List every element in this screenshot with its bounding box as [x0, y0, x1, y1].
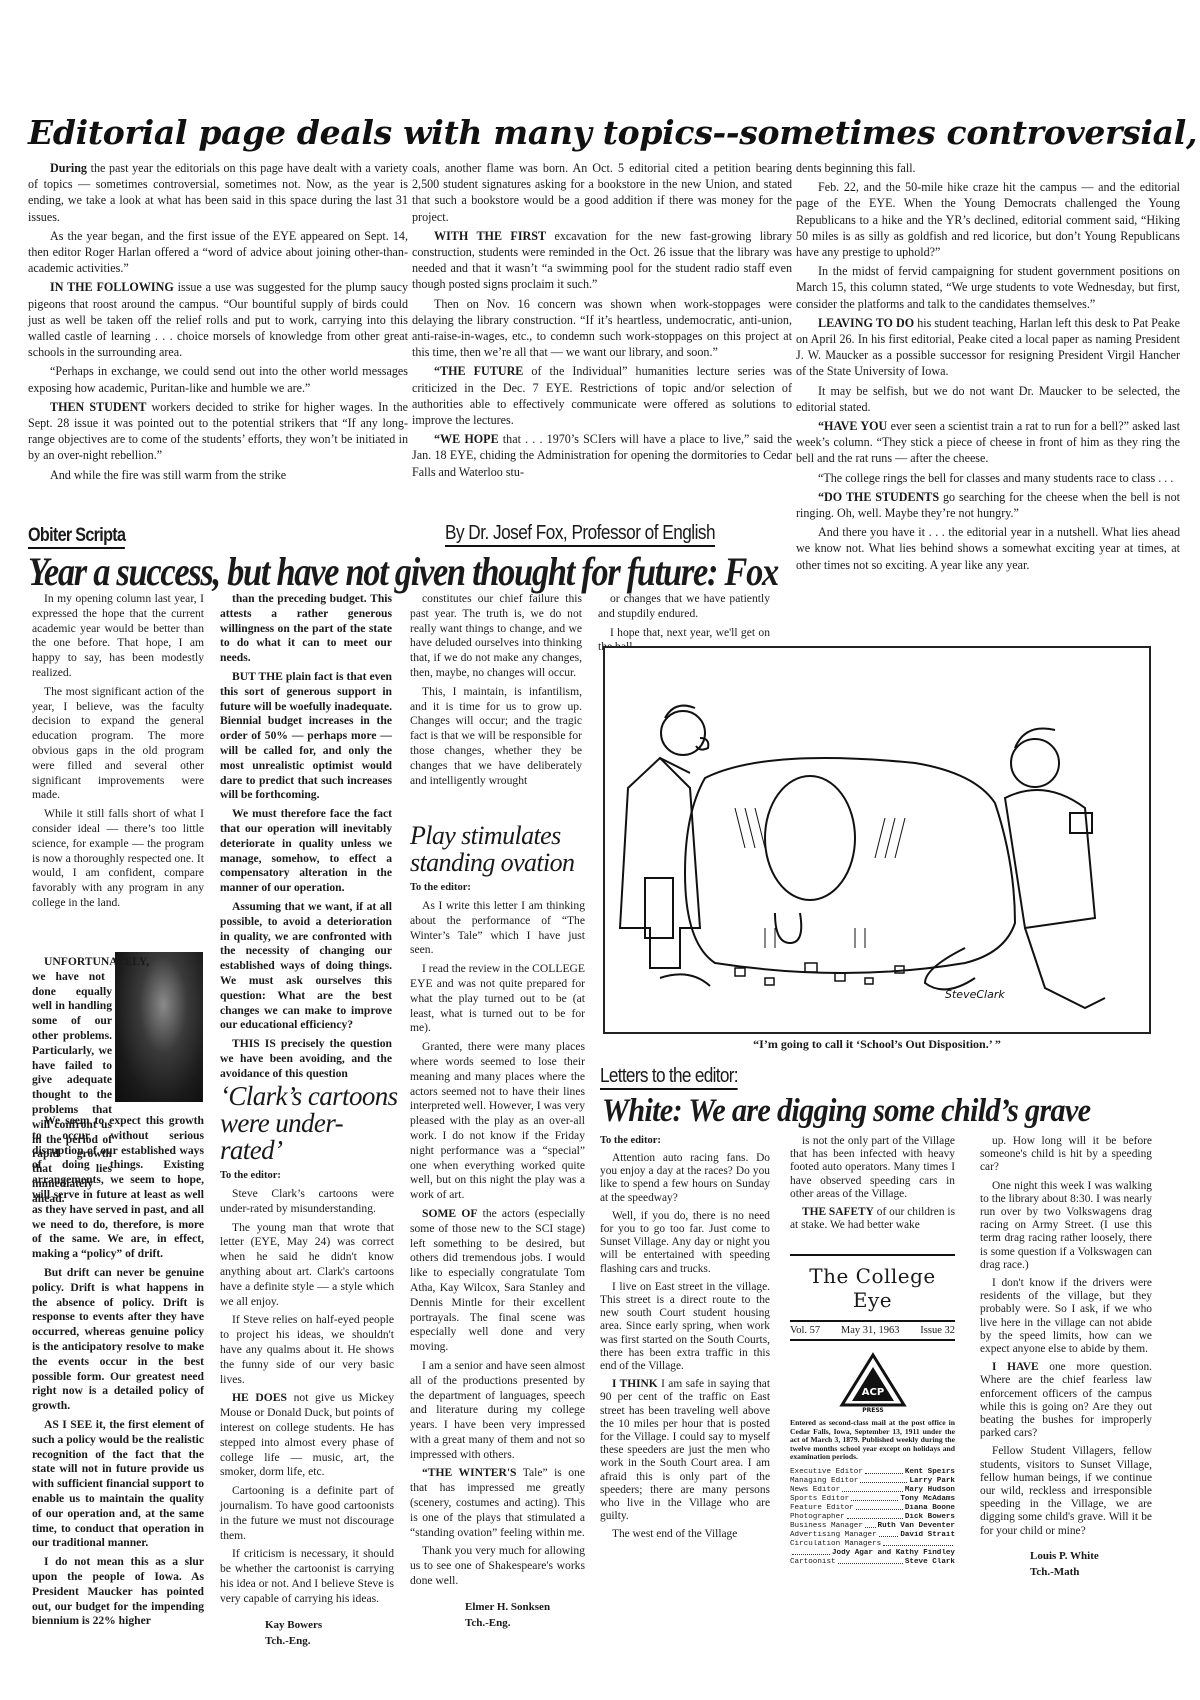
- paragraph: “DO THE STUDENTS go searching for the ch…: [796, 489, 1180, 521]
- leader-dots: [792, 1549, 830, 1555]
- fox-column-2: than the preceding budget. This attests …: [220, 592, 392, 1082]
- paragraph-lead: THEN STUDENT: [50, 400, 146, 414]
- salutation: To the editor:: [410, 882, 595, 893]
- paragraph: This, I maintain, is infantilism, and it…: [410, 685, 582, 789]
- clark-letter: ‘Clark’s cartoons were under-rated’ To t…: [220, 1083, 400, 1649]
- clark-letter-headline: ‘Clark’s cartoons were under-rated’: [220, 1083, 400, 1164]
- staff-row: Advertising ManagerDavid Strait: [790, 1531, 955, 1540]
- paragraph-text: Assuming that we want, if at all possibl…: [220, 900, 392, 1031]
- paragraph-lead: “WE HOPE: [434, 432, 499, 446]
- fox-article-headline: Year a success, but have not given thoug…: [28, 548, 778, 595]
- cartoon-caption: “I’m going to call it ‘School’s Out Disp…: [603, 1037, 1151, 1052]
- leader-dots: [883, 1540, 953, 1546]
- paragraph: LEAVING TO DO his student teaching, Harl…: [796, 315, 1180, 380]
- paragraph: “The college rings the bell for classes …: [796, 470, 1180, 486]
- paragraph-text: I am a senior and have seen almost all o…: [410, 1359, 585, 1461]
- paragraph-text: Steve Clark’s cartoons were under-rated …: [220, 1187, 394, 1215]
- paragraph: The west end of the Village: [600, 1528, 770, 1541]
- paragraph: The most significant action of the year,…: [32, 685, 204, 803]
- paragraph-text: is not the only part of the Village that…: [790, 1135, 955, 1200]
- staff-role: Advertising Manager: [790, 1531, 877, 1540]
- paragraph-text: The most significant action of the year,…: [32, 685, 204, 802]
- paragraph-text: I don't know if the drivers were residen…: [980, 1277, 1152, 1355]
- paragraph: And there you have it . . . the editoria…: [796, 524, 1180, 573]
- headline-line: Play stimulates: [410, 822, 595, 849]
- issue-info: Vol. 57 May 31, 1963 Issue 32: [790, 1320, 955, 1341]
- white-letter-column-2: is not the only part of the Village that…: [790, 1135, 955, 1232]
- paragraph: Thank you very much for allowing us to s…: [410, 1544, 585, 1588]
- editorial-headline: Editorial page deals with many topics--s…: [28, 113, 1188, 152]
- leader-dots: [838, 1558, 903, 1564]
- paragraph: Then on Nov. 16 concern was shown when w…: [412, 296, 792, 361]
- paragraph: Assuming that we want, if at all possibl…: [220, 900, 392, 1033]
- paragraph: As the year began, and the first issue o…: [28, 228, 408, 277]
- signature: Elmer H. Sonksen Tch.-Eng.: [410, 1599, 595, 1631]
- leader-dots: [879, 1531, 899, 1537]
- paragraph: I THINK I am safe in saying that 90 per …: [600, 1378, 770, 1523]
- staff-name: Tony McAdams: [900, 1495, 955, 1504]
- play-letter: Play stimulates standing ovation To the …: [410, 822, 595, 1631]
- byline: By Dr. Josef Fox, Professor of English: [445, 522, 715, 547]
- staff-name: Ruth Van Deventer: [878, 1522, 955, 1531]
- paragraph-text: up. How long will it be before someone's…: [980, 1135, 1152, 1173]
- paragraph-text: The west end of the Village: [612, 1528, 737, 1540]
- lead-unfortunately: UNFORTUNATELY,: [44, 955, 149, 968]
- staff-row: News EditorMary Hudson: [790, 1486, 955, 1495]
- paragraph: than the preceding budget. This attests …: [220, 592, 392, 666]
- paragraph: We seem to expect this growth to occur w…: [32, 1114, 204, 1262]
- staff-role: Cartoonist: [790, 1558, 836, 1567]
- paragraph-text: Feb. 22, and the 50-mile hike craze hit …: [796, 180, 1180, 259]
- staff-role: Managing Editor: [790, 1477, 858, 1486]
- paragraph-text: This, I maintain, is infantilism, and it…: [410, 685, 582, 787]
- paragraph-lead: “DO THE STUDENTS: [818, 490, 939, 504]
- paragraph-lead: “HAVE YOU: [818, 419, 887, 433]
- paragraph-text: than the preceding budget. This attests …: [220, 592, 392, 664]
- issue-date: May 31, 1963: [841, 1325, 900, 1336]
- paragraph-lead: AS I SEE: [44, 1418, 92, 1431]
- paragraph: It may be selfish, but we do not want Dr…: [796, 383, 1180, 415]
- leader-dots: [842, 1486, 903, 1492]
- paragraph-text: I am safe in saying that 90 per cent of …: [600, 1378, 770, 1522]
- paragraph: In the midst of fervid campaigning for s…: [796, 263, 1180, 312]
- leader-dots: [847, 1513, 903, 1519]
- paragraph: constitutes our chief failure this past …: [410, 592, 582, 681]
- cartoon-drawing-icon: SteveClark: [605, 648, 1149, 1032]
- paragraph-text: The young man that wrote that letter (EY…: [220, 1221, 394, 1308]
- paragraph: While it still falls short of what I con…: [32, 807, 204, 911]
- paragraph-text: Fellow Student Villagers, fellow student…: [980, 1445, 1152, 1536]
- paragraph: And while the fire was still warm from t…: [28, 467, 408, 483]
- staff-role: Executive Editor: [790, 1468, 863, 1477]
- signature-name: Kay Bowers: [265, 1617, 400, 1633]
- paragraph: One night this week I was walking to the…: [980, 1180, 1152, 1272]
- paragraph-text: We seem to expect this growth to occur w…: [32, 1114, 204, 1260]
- paragraph-text: Cartooning is a definite part of journal…: [220, 1484, 394, 1541]
- paragraph-lead: I HAVE: [992, 1361, 1039, 1373]
- paragraph: I HAVE one more question. Where are the …: [980, 1361, 1152, 1440]
- paragraph-text: While it still falls short of what I con…: [32, 807, 204, 909]
- paragraph-text: Thank you very much for allowing us to s…: [410, 1544, 585, 1587]
- paragraph: Cartooning is a definite part of journal…: [220, 1484, 394, 1543]
- staff-row: Feature EditorDiana Boone: [790, 1504, 955, 1513]
- paragraph: “THE FUTURE of the Individual” humanitie…: [412, 363, 792, 428]
- paragraph: THIS IS precisely the question we have b…: [220, 1037, 392, 1081]
- staff-row: Business ManagerRuth Van Deventer: [790, 1522, 955, 1531]
- paragraph-text: But drift can never be genuine policy. D…: [32, 1266, 204, 1412]
- acp-text: ACP: [861, 1387, 883, 1398]
- paragraph: In my opening column last year, I expres…: [32, 592, 204, 681]
- paragraph: Attention auto racing fans. Do you enjoy…: [600, 1152, 770, 1205]
- paragraph-text: coals, another flame was born. An Oct. 5…: [412, 161, 792, 224]
- white-letter-body-3: up. How long will it be before someone's…: [980, 1135, 1152, 1538]
- paragraph: BUT THE plain fact is that even this sor…: [220, 670, 392, 803]
- paragraph-text: If criticism is necessary, it should be …: [220, 1547, 394, 1604]
- paragraph: Feb. 22, and the 50-mile hike craze hit …: [796, 179, 1180, 260]
- paragraph-lead: BUT THE: [232, 670, 283, 683]
- clark-letter-body: Steve Clark’s cartoons were under-rated …: [220, 1187, 394, 1607]
- paragraph-text: Then on Nov. 16 concern was shown when w…: [412, 297, 792, 360]
- paragraph-text: or changes that we have patiently and st…: [598, 592, 770, 620]
- paragraph: SOME OF the actors (especially some of t…: [410, 1207, 585, 1355]
- paragraph: up. How long will it be before someone's…: [980, 1135, 1152, 1175]
- paragraph-text: not give us Mickey Mouse or Donald Duck,…: [220, 1391, 394, 1478]
- paragraph-text: I do not mean this as a slur upon the pe…: [32, 1555, 204, 1627]
- staff-role: Business Manager: [790, 1522, 863, 1531]
- paragraph-text: In the midst of fervid campaigning for s…: [796, 264, 1180, 310]
- paragraph-text: “Perhaps in exchange, we could send out …: [28, 364, 408, 394]
- paragraph-text: As the year began, and the first issue o…: [28, 229, 408, 275]
- paragraph: We must therefore face the fact that our…: [220, 807, 392, 896]
- paragraph-lead: I THINK: [612, 1378, 658, 1390]
- play-letter-headline: Play stimulates standing ovation: [410, 822, 595, 876]
- paragraph: THE SAFETY of our children is at stake. …: [790, 1206, 955, 1232]
- paragraph: coals, another flame was born. An Oct. 5…: [412, 160, 792, 225]
- signature-dept: Tch.-Math: [1030, 1564, 1152, 1580]
- play-letter-body: As I write this letter I am thinking abo…: [410, 899, 585, 1589]
- signature-dept: Tch.-Eng.: [465, 1615, 595, 1631]
- leader-dots: [865, 1522, 876, 1528]
- staff-name: David Strait: [900, 1531, 955, 1540]
- paragraph-text: Well, if you do, there is no need for yo…: [600, 1210, 770, 1275]
- paragraph-text: I live on East street in the village. Th…: [600, 1281, 770, 1372]
- paragraph-lead: LEAVING TO DO: [818, 316, 914, 330]
- staff-name: Mary Hudson: [905, 1486, 955, 1495]
- paragraph-text: “The college rings the bell for classes …: [818, 471, 1173, 485]
- headline-line: ‘Clark’s cartoons: [220, 1083, 400, 1110]
- staff-name: Diana Boone: [905, 1504, 955, 1513]
- paragraph-lead: SOME OF: [422, 1207, 477, 1220]
- leader-dots: [856, 1504, 903, 1510]
- paragraph: AS I SEE it, the first element of such a…: [32, 1418, 204, 1551]
- letters-section-label: Letters to the editor:: [600, 1065, 738, 1090]
- leader-dots: [865, 1468, 903, 1474]
- signature-name: Elmer H. Sonksen: [465, 1599, 595, 1615]
- white-letter-body-1: Attention auto racing fans. Do you enjoy…: [600, 1152, 770, 1542]
- signature: Kay Bowers Tch.-Eng.: [220, 1617, 400, 1649]
- staff-role: Feature Editor: [790, 1504, 854, 1513]
- staff-role: Circulation Managers: [790, 1540, 881, 1549]
- staff-name: Kent Speirs: [905, 1468, 955, 1477]
- staff-row: Managing EditorLarry Park: [790, 1477, 955, 1486]
- leader-dots: [860, 1477, 907, 1483]
- paragraph: I live on East street in the village. Th…: [600, 1281, 770, 1373]
- paragraph-lead: THIS IS: [232, 1037, 276, 1050]
- paragraph-text: I read the review in the COLLEGE EYE and…: [410, 962, 585, 1034]
- acp-press-text: PRESS: [862, 1407, 884, 1413]
- paragraph: As I write this letter I am thinking abo…: [410, 899, 585, 958]
- paragraph-text: the actors (especially some of those new…: [410, 1207, 585, 1353]
- paragraph-lead: WITH THE FIRST: [434, 229, 546, 243]
- paragraph: Fellow Student Villagers, fellow student…: [980, 1445, 1152, 1537]
- staff-row: Circulation Managers: [790, 1540, 955, 1549]
- paragraph-lead: IN THE FOLLOWING: [50, 280, 174, 294]
- paragraph-text: And while the fire was still warm from t…: [50, 468, 286, 482]
- paragraph-text: In my opening column last year, I expres…: [32, 592, 204, 679]
- paragraph: I am a senior and have seen almost all o…: [410, 1359, 585, 1463]
- editorial-cartoon: SteveClark: [603, 646, 1151, 1034]
- acp-logo-icon: ACP PRESS: [838, 1351, 908, 1413]
- paragraph: or changes that we have patiently and st…: [598, 592, 770, 622]
- paragraph-lead: During: [50, 161, 87, 175]
- masthead: The College Eye Vol. 57 May 31, 1963 Iss…: [790, 1254, 955, 1567]
- staff-list: Executive EditorKent SpeirsManaging Edit…: [790, 1468, 955, 1567]
- editorial-column-1: During the past year the editorials on t…: [28, 160, 408, 483]
- paragraph: The young man that wrote that letter (EY…: [220, 1221, 394, 1310]
- paragraph: “Perhaps in exchange, we could send out …: [28, 363, 408, 395]
- staff-role: News Editor: [790, 1486, 840, 1495]
- paragraph-lead: “THE FUTURE: [434, 364, 523, 378]
- fox-column-1-top: In my opening column last year, I expres…: [32, 592, 204, 911]
- paragraph: But drift can never be genuine policy. D…: [32, 1266, 204, 1414]
- paragraph: dents beginning this fall.: [796, 160, 1180, 176]
- paragraph: I don't know if the drivers were residen…: [980, 1277, 1152, 1356]
- paragraph: If Steve relies on half-eyed people to p…: [220, 1313, 394, 1387]
- signature-dept: Tch.-Eng.: [265, 1633, 400, 1649]
- staff-row: Sports EditorTony McAdams: [790, 1495, 955, 1504]
- paragraph: “WE HOPE that . . . 1970’s SCIers will h…: [412, 431, 792, 480]
- white-letter-column-1: To the editor: Attention auto racing fan…: [600, 1135, 770, 1542]
- paragraph: Well, if you do, there is no need for yo…: [600, 1210, 770, 1276]
- paragraph-text: If Steve relies on half-eyed people to p…: [220, 1313, 394, 1385]
- staff-row: Executive EditorKent Speirs: [790, 1468, 955, 1477]
- salutation: To the editor:: [600, 1135, 770, 1146]
- staff-name: Jody Agar and Kathy Findley: [832, 1549, 955, 1558]
- paragraph: “THE WINTER'S Tale” is one that has impr…: [410, 1466, 585, 1540]
- staff-row: CartoonistSteve Clark: [790, 1558, 955, 1567]
- paragraph: WITH THE FIRST excavation for the new fa…: [412, 228, 792, 293]
- leader-dots: [851, 1495, 898, 1501]
- headline-line: were under-rated’: [220, 1110, 400, 1164]
- white-letter-column-3: up. How long will it be before someone's…: [980, 1135, 1152, 1580]
- staff-role: Sports Editor: [790, 1495, 849, 1504]
- paragraph-text: it, the first element of such a policy w…: [32, 1418, 204, 1549]
- paragraph: IN THE FOLLOWING issue a use was suggest…: [28, 279, 408, 360]
- paragraph-lead: “THE WINTER'S: [422, 1466, 517, 1479]
- volume: Vol. 57: [790, 1325, 820, 1336]
- paragraph: During the past year the editorials on t…: [28, 160, 408, 225]
- newspaper-title: The College Eye: [790, 1264, 955, 1312]
- fox-column-1-bottom: We seem to expect this growth to occur w…: [32, 1114, 204, 1629]
- headline-line: standing ovation: [410, 849, 595, 876]
- paragraph-text: constitutes our chief failure this past …: [410, 592, 582, 679]
- paragraph: HE DOES not give us Mickey Mouse or Dona…: [220, 1391, 394, 1480]
- staff-row: PhotographerDick Bowers: [790, 1513, 955, 1522]
- staff-name: Dick Bowers: [905, 1513, 955, 1522]
- paragraph: I read the review in the COLLEGE EYE and…: [410, 962, 585, 1036]
- paragraph-text: Granted, there were many places where wo…: [410, 1040, 585, 1201]
- mailing-notice: Entered as second-class mail at the post…: [790, 1419, 955, 1462]
- staff-role: Photographer: [790, 1513, 845, 1522]
- paragraph-text: Attention auto racing fans. Do you enjoy…: [600, 1152, 770, 1204]
- divider: [790, 1254, 955, 1256]
- paragraph: Granted, there were many places where wo…: [410, 1040, 585, 1203]
- paragraph: Steve Clark’s cartoons were under-rated …: [220, 1187, 394, 1217]
- issue-number: Issue 32: [920, 1325, 955, 1336]
- cartoon-signature: SteveClark: [945, 988, 1005, 1001]
- paragraph-text: dents beginning this fall.: [796, 161, 916, 175]
- editorial-column-3: dents beginning this fall.Feb. 22, and t…: [796, 160, 1180, 573]
- paragraph-text: One night this week I was walking to the…: [980, 1180, 1152, 1271]
- paragraph: I do not mean this as a slur upon the pe…: [32, 1555, 204, 1629]
- column-title-obiter-scripta: Obiter Scripta: [28, 525, 125, 549]
- staff-name: Steve Clark: [905, 1558, 955, 1567]
- paragraph-text: As I write this letter I am thinking abo…: [410, 899, 585, 956]
- paragraph: THEN STUDENT workers decided to strike f…: [28, 399, 408, 464]
- paragraph-text: It may be selfish, but we do not want Dr…: [796, 384, 1180, 414]
- signature-name: Louis P. White: [1030, 1548, 1152, 1564]
- salutation: To the editor:: [220, 1170, 400, 1181]
- paragraph: If criticism is necessary, it should be …: [220, 1547, 394, 1606]
- paragraph: is not the only part of the Village that…: [790, 1135, 955, 1201]
- fox-column-3: constitutes our chief failure this past …: [410, 592, 582, 788]
- staff-name: Larry Park: [909, 1477, 955, 1486]
- paragraph-lead: HE DOES: [232, 1391, 287, 1404]
- paragraph-text: We must therefore face the fact that our…: [220, 807, 392, 894]
- staff-row: Jody Agar and Kathy Findley: [790, 1549, 955, 1558]
- editorial-column-2: coals, another flame was born. An Oct. 5…: [412, 160, 792, 480]
- signature: Louis P. White Tch.-Math: [980, 1548, 1152, 1580]
- paragraph: “HAVE YOU ever seen a scientist train a …: [796, 418, 1180, 467]
- paragraph-text: And there you have it . . . the editoria…: [796, 525, 1180, 571]
- paragraph-lead: THE SAFETY: [802, 1206, 874, 1218]
- paragraph-text: plain fact is that even this sort of gen…: [220, 670, 392, 801]
- white-letter-headline: White: We are digging some child’s grave: [602, 1093, 1090, 1130]
